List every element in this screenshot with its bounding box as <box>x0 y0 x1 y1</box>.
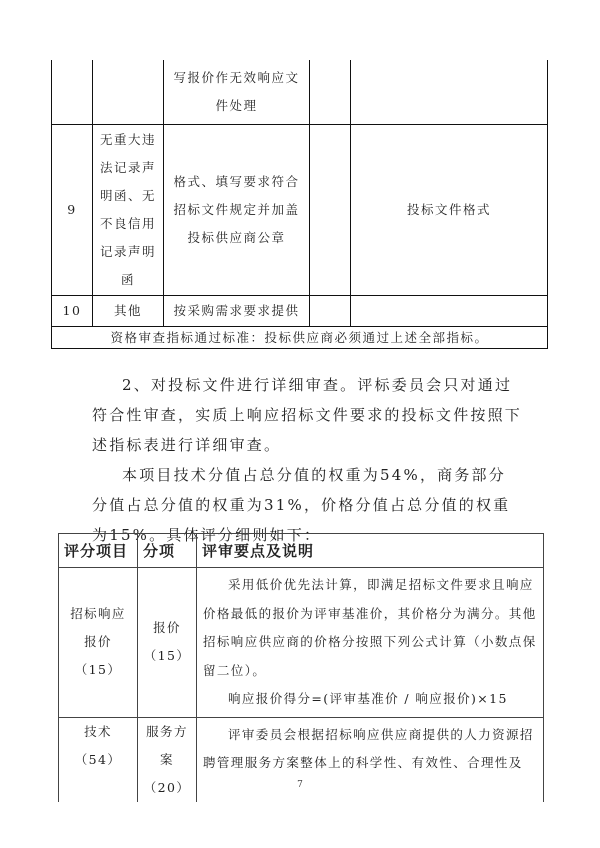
header-desc: 评审要点及说明 <box>197 534 544 568</box>
blank-cell <box>310 296 351 327</box>
description: 采用低价优先法计算，即满足招标文件要求且响应价格最低的报价为评审基准价，其价格分… <box>197 568 544 718</box>
pass-standard: 资格审查指标通过标准：投标供应商必须通过上述全部指标。 <box>52 327 548 349</box>
review-item: 其他 <box>93 296 164 327</box>
qualification-review-table: 写报价作无效响应文件处理 9 无重大违法记录声明函、无不良信用记录声明函 格式、… <box>51 60 548 349</box>
table-row: 写报价作无效响应文件处理 <box>52 60 548 125</box>
table-row: 招标响应报价（15） 报价（15） 采用低价优先法计算，即满足招标文件要求且响应… <box>59 568 544 718</box>
page-number: 7 <box>0 780 600 790</box>
scoring-table: 评分项目 分项 评审要点及说明 招标响应报价（15） 报价（15） 采用低价优先… <box>58 533 544 802</box>
review-item: 无重大违法记录声明函、无不良信用记录声明函 <box>93 125 164 296</box>
description-text: 采用低价优先法计算，即满足招标文件要求且响应价格最低的报价为评审基准价，其价格分… <box>203 571 537 685</box>
sub-item: 报价（15） <box>138 568 197 718</box>
row-number <box>52 60 93 125</box>
description-text: 评审委员会根据招标响应供应商提供的人力资源招聘管理服务方案整体上的科学性、有效性… <box>203 721 537 778</box>
paragraph-detailed-review: 2、对投标文件进行详细审查。评标委员会只对通过符合性审查，实质上响应招标文件要求… <box>92 370 522 460</box>
material <box>351 60 548 125</box>
price-formula: 响应报价得分=(评审基准价 / 响应报价)×15 <box>203 685 537 714</box>
row-number: 9 <box>52 125 93 296</box>
material: 投标文件格式 <box>351 125 548 296</box>
blank-cell <box>310 60 351 125</box>
summary-row: 资格审查指标通过标准：投标供应商必须通过上述全部指标。 <box>52 327 548 349</box>
header-row: 评分项目 分项 评审要点及说明 <box>59 534 544 568</box>
material <box>351 296 548 327</box>
header-sub: 分项 <box>138 534 197 568</box>
requirement: 写报价作无效响应文件处理 <box>164 60 310 125</box>
table-row: 9 无重大违法记录声明函、无不良信用记录声明函 格式、填写要求符合招标文件规定并… <box>52 125 548 296</box>
category: 招标响应报价（15） <box>59 568 138 718</box>
header-category: 评分项目 <box>59 534 138 568</box>
requirement: 按采购需求要求提供 <box>164 296 310 327</box>
blank-cell <box>310 125 351 296</box>
review-item <box>93 60 164 125</box>
table-row: 10 其他 按采购需求要求提供 <box>52 296 548 327</box>
requirement: 格式、填写要求符合招标文件规定并加盖投标供应商公章 <box>164 125 310 296</box>
row-number: 10 <box>52 296 93 327</box>
